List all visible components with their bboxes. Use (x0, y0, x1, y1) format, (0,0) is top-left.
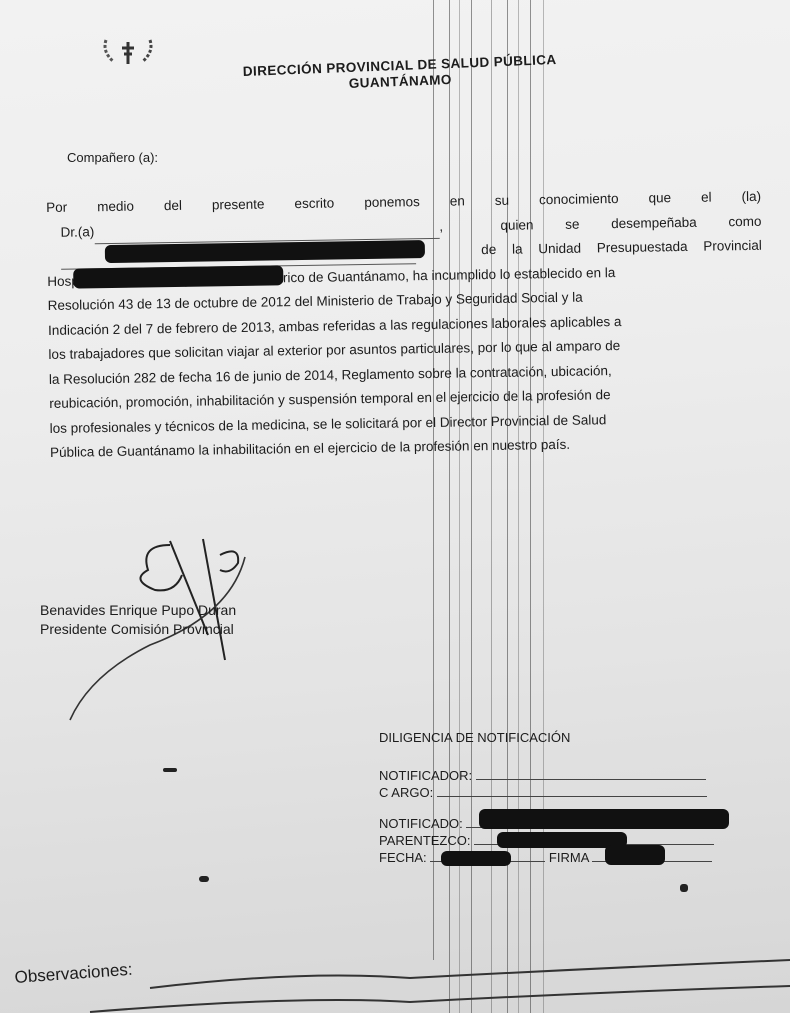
notification-section: DILIGENCIA DE NOTIFICACIÓN NOTIFICADOR: … (379, 730, 714, 866)
redacted-fecha (441, 851, 511, 866)
notification-title: DILIGENCIA DE NOTIFICACIÓN (379, 730, 714, 745)
ink-speck (199, 876, 209, 882)
signer-block: Benavides Enrique Pupo Duran Presidente … (40, 601, 236, 639)
redacted-firma (605, 845, 665, 865)
parentezco-row: PARENTEZCO: (379, 832, 714, 849)
signer-name: Benavides Enrique Pupo Duran (40, 601, 236, 620)
laurel-wreath-emblem-icon (100, 36, 156, 66)
body-line-tail: de la Unidad Presupuestada Provincial (481, 234, 762, 263)
notificador-label: NOTIFICADOR: (379, 768, 472, 783)
ink-speck (163, 768, 177, 772)
notificado-row: NOTIFICADO: (379, 815, 714, 832)
fecha-label: FECHA: (379, 850, 427, 865)
signer-title: Presidente Comisión Provincial (40, 620, 236, 639)
cargo-field (437, 786, 707, 797)
notificador-row: NOTIFICADOR: (379, 767, 714, 784)
firma-label: FIRMA (549, 850, 589, 865)
doctor-prefix: Dr.(a) (60, 224, 94, 240)
doctor-name-field (94, 238, 439, 244)
salutation: Compañero (a): (67, 150, 158, 165)
cargo-row: C ARGO: (379, 784, 714, 801)
redacted-position (73, 265, 283, 288)
notificador-field (476, 769, 706, 780)
cargo-label: C ARGO: (379, 785, 433, 800)
ink-speck (680, 884, 688, 892)
notificado-label: NOTIFICADO: (379, 816, 463, 831)
document-page: DIRECCIÓN PROVINCIAL DE SALUD PÚBLICA GU… (0, 0, 790, 1013)
comma: , (439, 218, 443, 233)
letter-body: Por medio del presente escrito ponemos e… (46, 185, 765, 466)
parentezco-label: PARENTEZCO: (379, 833, 471, 848)
fecha-row: FECHA: FIRMA (379, 849, 714, 866)
redacted-notificado (479, 809, 729, 829)
